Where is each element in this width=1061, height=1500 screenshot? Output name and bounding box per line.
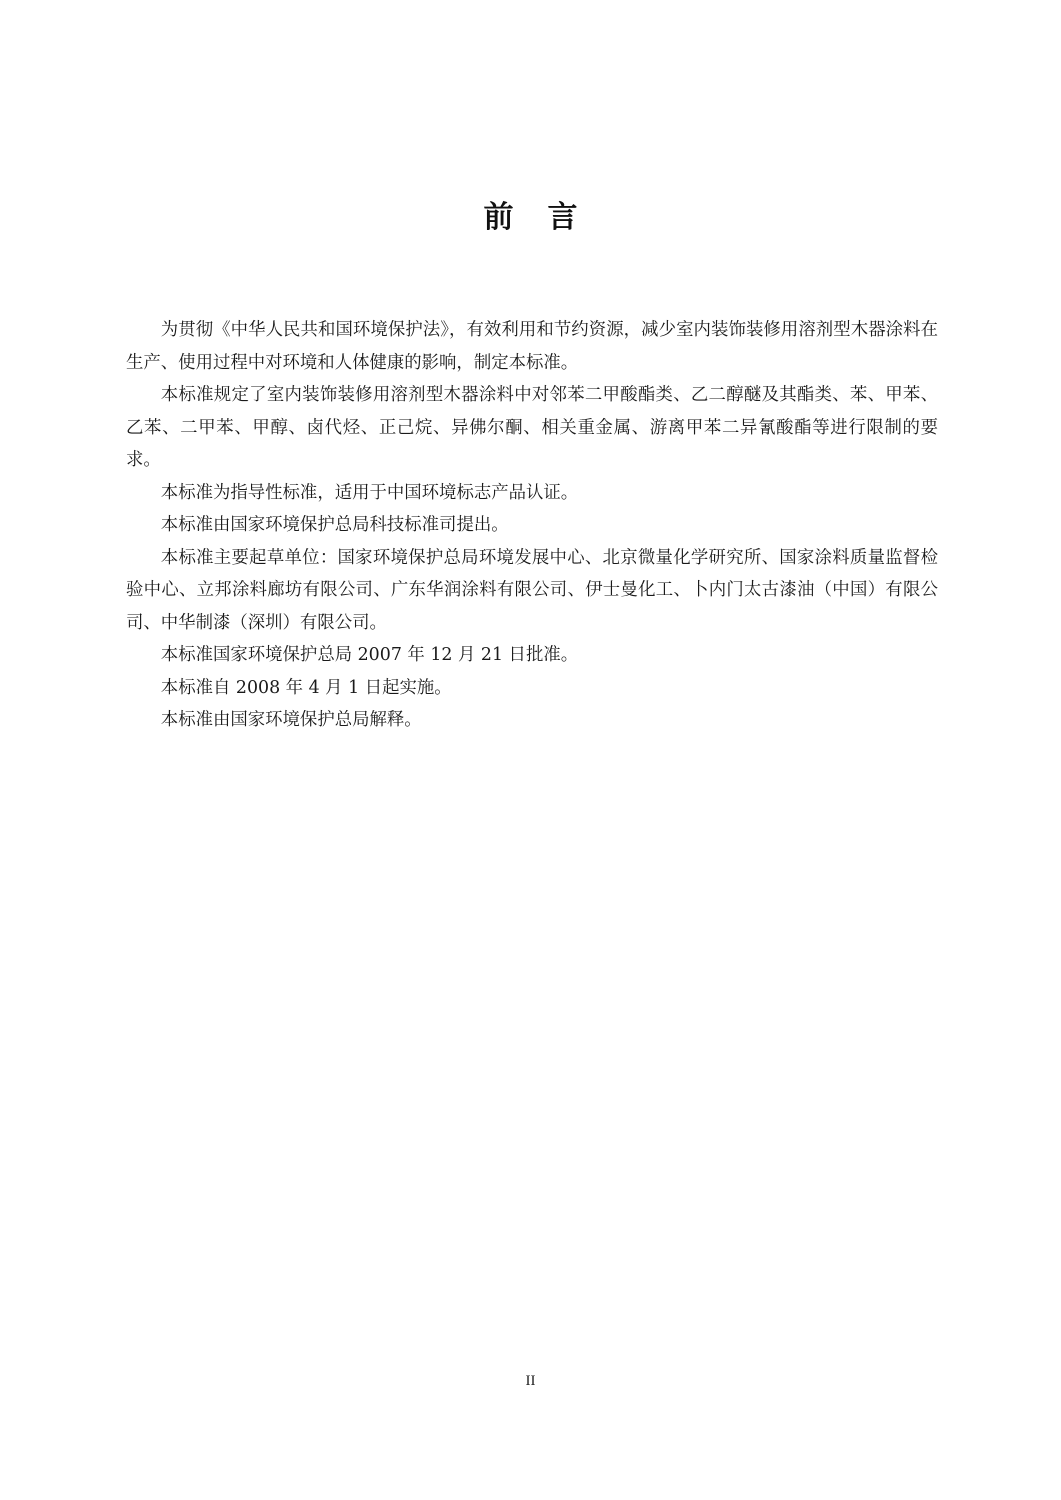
page-title: 前言 (0, 196, 1061, 240)
page-number: II (0, 1373, 1061, 1390)
preface-body: 为贯彻《中华人民共和国环境保护法》，有效利用和节约资源，减少室内装饰装修用溶剂型… (126, 314, 938, 737)
paragraph-scope: 本标准规定了室内装饰装修用溶剂型木器涂料中对邻苯二甲酸酯类、乙二醇醚及其酯类、苯… (126, 379, 938, 477)
paragraph-approval-date: 本标准国家环境保护总局 2007 年 12 月 21 日批准。 (126, 639, 938, 672)
paragraph-nature: 本标准为指导性标准，适用于中国环境标志产品认证。 (126, 477, 938, 510)
paragraph-interpretation: 本标准由国家环境保护总局解释。 (126, 704, 938, 737)
paragraph-proposer: 本标准由国家环境保护总局科技标准司提出。 (126, 509, 938, 542)
paragraph-drafters: 本标准主要起草单位：国家环境保护总局环境发展中心、北京微量化学研究所、国家涂料质… (126, 542, 938, 640)
paragraph-effective-date: 本标准自 2008 年 4 月 1 日起实施。 (126, 672, 938, 705)
paragraph-purpose: 为贯彻《中华人民共和国环境保护法》，有效利用和节约资源，减少室内装饰装修用溶剂型… (126, 314, 938, 379)
